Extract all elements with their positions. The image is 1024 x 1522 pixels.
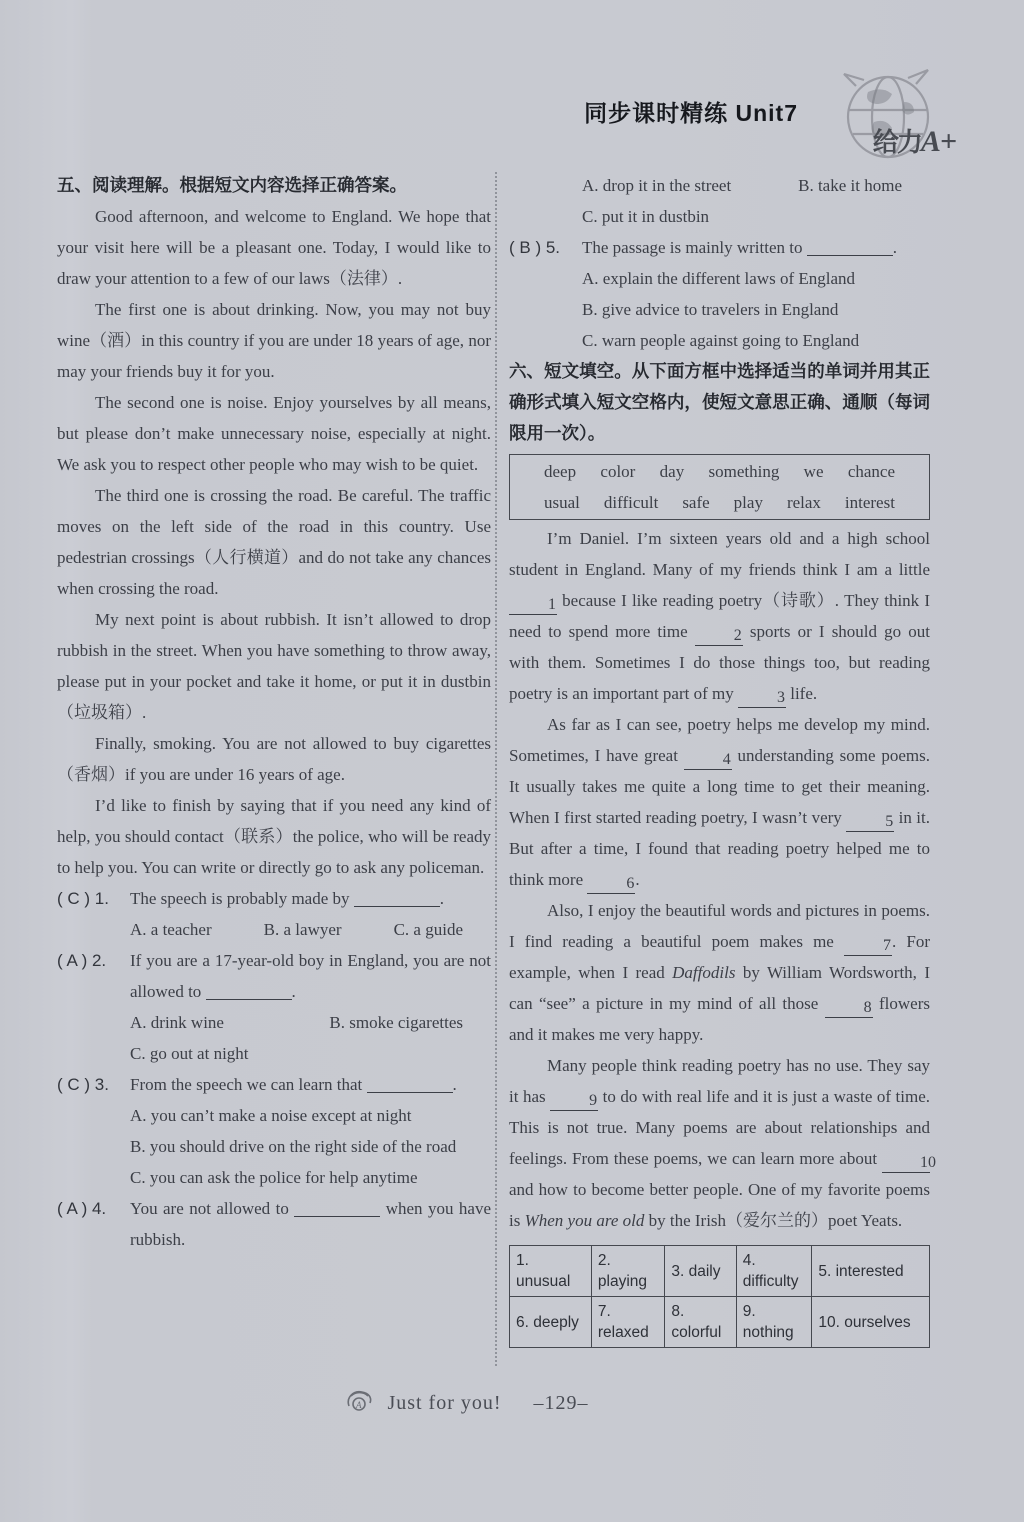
page-title: 同步课时精练 Unit7 xyxy=(584,95,798,128)
word-bank-item: chance xyxy=(848,456,895,487)
question4-options: A. drop it in the streetB. take it homeC… xyxy=(509,170,930,232)
question-stem: If you are a 17-year-old boy in England,… xyxy=(130,951,491,1001)
option: B. smoke cigarettes xyxy=(329,1007,463,1038)
question: ( C ) 3.From the speech we can learn tha… xyxy=(57,1069,491,1193)
answer-blank xyxy=(367,1075,453,1093)
footer-logo-icon: A xyxy=(345,1388,375,1416)
cloze-passage: I’m Daniel. I’m sixteen years old and a … xyxy=(509,523,930,1236)
answer-blank: 10 xyxy=(882,1155,930,1173)
passage-paragraph: The first one is about drinking. Now, yo… xyxy=(57,294,491,387)
passage-paragraph: As far as I can see, poetry helps me dev… xyxy=(509,709,930,895)
word-bank-box: deepcolordaysomethingwechanceusualdiffic… xyxy=(509,454,930,520)
answer-blank: 4 xyxy=(684,752,732,770)
question-stem-row: ( A ) 4.You are not allowed to when you … xyxy=(57,1193,491,1255)
answer-blank: 1 xyxy=(509,597,557,615)
word-bank-item: something xyxy=(709,456,780,487)
question-stem-row: ( C ) 1.The speech is probably made by . xyxy=(57,883,491,914)
passage-paragraph: The third one is crossing the road. Be c… xyxy=(57,480,491,604)
option-row: B. give advice to travelers in England xyxy=(509,294,930,325)
option-row: A. drop it in the streetB. take it home xyxy=(509,170,930,201)
question: ( A ) 4.You are not allowed to when you … xyxy=(57,1193,491,1255)
option: C. warn people against going to England xyxy=(582,331,859,350)
option: A. a teacher xyxy=(130,914,212,945)
question-stem: You are not allowed to when you have rub… xyxy=(130,1199,491,1249)
option: A. you can’t make a noise except at nigh… xyxy=(130,1106,412,1125)
word-bank-item: day xyxy=(660,456,685,487)
question: ( C ) 1.The speech is probably made by .… xyxy=(57,883,491,945)
word-bank-item: relax xyxy=(787,487,821,518)
question-stem-row: ( B ) 5.The passage is mainly written to… xyxy=(509,232,930,263)
answer-blank xyxy=(206,982,292,1000)
answer-cell: 2. playing xyxy=(591,1246,665,1297)
question: ( A ) 2.If you are a 17-year-old boy in … xyxy=(57,945,491,1069)
passage-paragraph: Good afternoon, and welcome to England. … xyxy=(57,201,491,294)
word-bank-item: deep xyxy=(544,456,576,487)
answer-blank xyxy=(807,238,893,256)
answer-cell: 9. nothing xyxy=(736,1297,812,1348)
option-row: A. a teacherB. a lawyerC. a guide xyxy=(57,914,491,945)
option: C. put it in dustbin xyxy=(582,207,709,226)
question-answer-and-number: ( C ) 3. xyxy=(57,1069,130,1100)
option: B. a lawyer xyxy=(264,914,342,945)
globe-icon xyxy=(808,62,958,177)
answer-cell: 1. unusual xyxy=(510,1246,592,1297)
option: B. you should drive on the right side of… xyxy=(130,1137,456,1156)
question-stem: From the speech we can learn that . xyxy=(130,1075,457,1094)
passage-paragraph: I’m Daniel. I’m sixteen years old and a … xyxy=(509,523,930,709)
answer-blank: 5 xyxy=(846,814,894,832)
section6-heading: 六、短文填空。从下面方框中选择适当的单词并用其正确形式填入短文空格内，使短文意思… xyxy=(509,356,930,449)
question-stem: The passage is mainly written to . xyxy=(582,238,897,257)
option-row: C. put it in dustbin xyxy=(509,201,930,232)
word-bank-row: deepcolordaysomethingwechance xyxy=(544,456,895,487)
answer-blank: 6 xyxy=(587,876,635,894)
answer-blank: 8 xyxy=(825,1000,873,1018)
answer-cell: 7. relaxed xyxy=(591,1297,665,1348)
footer-brand: Just for you! xyxy=(387,1392,501,1414)
column-divider xyxy=(495,172,497,1366)
option: C. you can ask the police for help anyti… xyxy=(130,1168,418,1187)
option-row: B. you should drive on the right side of… xyxy=(57,1131,491,1162)
question-answer-and-number: ( A ) 4. xyxy=(57,1193,130,1224)
word-bank-item: difficult xyxy=(604,487,658,518)
option: B. give advice to travelers in England xyxy=(582,300,838,319)
answer-cell: 10. ourselves xyxy=(812,1297,930,1348)
option-row: A. explain the different laws of England xyxy=(509,263,930,294)
passage-paragraph: Many people think reading poetry has no … xyxy=(509,1050,930,1236)
logo-brand-text: 给力A+ xyxy=(873,122,956,159)
answer-cell: 6. deeply xyxy=(510,1297,592,1348)
option-row: C. warn people against going to England xyxy=(509,325,930,356)
answer-table-row: 1. unusual2. playing3. daily4. difficult… xyxy=(510,1246,930,1297)
answer-blank: 2 xyxy=(695,628,743,646)
answer-cell: 8. colorful xyxy=(665,1297,736,1348)
question-stem: The speech is probably made by . xyxy=(130,889,444,908)
word-bank-item: interest xyxy=(845,487,895,518)
question-answer-and-number: ( C ) 1. xyxy=(57,883,130,914)
option: B. take it home xyxy=(798,170,902,201)
answer-blank xyxy=(294,1199,380,1217)
answer-blank: 9 xyxy=(550,1093,598,1111)
svg-text:A: A xyxy=(355,1400,363,1410)
page-number: –129– xyxy=(534,1392,589,1414)
option-row: C. go out at night xyxy=(57,1038,491,1069)
answer-cell: 4. difficulty xyxy=(736,1246,812,1297)
word-bank-item: we xyxy=(804,456,824,487)
answer-cell: 5. interested xyxy=(812,1246,930,1297)
word-bank-item: safe xyxy=(682,487,709,518)
word-bank-item: play xyxy=(734,487,763,518)
passage-paragraph: Finally, smoking. You are not allowed to… xyxy=(57,728,491,790)
word-bank-row: usualdifficultsafeplayrelaxinterest xyxy=(544,487,895,518)
option-row: C. you can ask the police for help anyti… xyxy=(57,1162,491,1193)
question-stem-row: ( A ) 2.If you are a 17-year-old boy in … xyxy=(57,945,491,1007)
section5-questions: ( C ) 1.The speech is probably made by .… xyxy=(57,883,491,1255)
answer-table-row: 6. deeply7. relaxed8. colorful9. nothing… xyxy=(510,1297,930,1348)
passage-paragraph: My next point is about rubbish. It isn’t… xyxy=(57,604,491,728)
passage-paragraph: I’d like to finish by saying that if you… xyxy=(57,790,491,883)
answer-cell: 3. daily xyxy=(665,1246,736,1297)
answer-table: 1. unusual2. playing3. daily4. difficult… xyxy=(509,1245,930,1348)
word-bank-item: usual xyxy=(544,487,580,518)
passage-paragraph: The second one is noise. Enjoy yourselve… xyxy=(57,387,491,480)
question-stem-row: ( C ) 3.From the speech we can learn tha… xyxy=(57,1069,491,1100)
right-column: A. drop it in the streetB. take it homeC… xyxy=(509,170,930,1348)
page-footer: A Just for you! –129– xyxy=(0,1388,1024,1416)
left-column: 五、阅读理解。根据短文内容选择正确答案。 Good afternoon, and… xyxy=(57,170,491,1255)
option: A. drink wine xyxy=(130,1007,224,1038)
answer-blank: 3 xyxy=(738,690,786,708)
question5: ( B ) 5.The passage is mainly written to… xyxy=(509,232,930,356)
option-row: A. you can’t make a noise except at nigh… xyxy=(57,1100,491,1131)
reading-passage: Good afternoon, and welcome to England. … xyxy=(57,201,491,883)
passage-paragraph: Also, I enjoy the beautiful words and pi… xyxy=(509,895,930,1050)
option: C. a guide xyxy=(394,914,463,945)
word-bank-item: color xyxy=(600,456,635,487)
brand-logo: 给力A+ xyxy=(808,62,958,177)
question-answer-and-number: ( B ) 5. xyxy=(509,232,582,263)
answer-blank xyxy=(354,889,440,907)
question: ( B ) 5.The passage is mainly written to… xyxy=(509,232,930,356)
answer-blank: 7 xyxy=(844,938,892,956)
section5-heading: 五、阅读理解。根据短文内容选择正确答案。 xyxy=(57,170,491,201)
option: C. go out at night xyxy=(130,1044,249,1063)
question-answer-and-number: ( A ) 2. xyxy=(57,945,130,976)
option-row: A. drink wineB. smoke cigarettes xyxy=(57,1007,491,1038)
option: A. explain the different laws of England xyxy=(582,269,855,288)
option: A. drop it in the street xyxy=(582,170,731,201)
